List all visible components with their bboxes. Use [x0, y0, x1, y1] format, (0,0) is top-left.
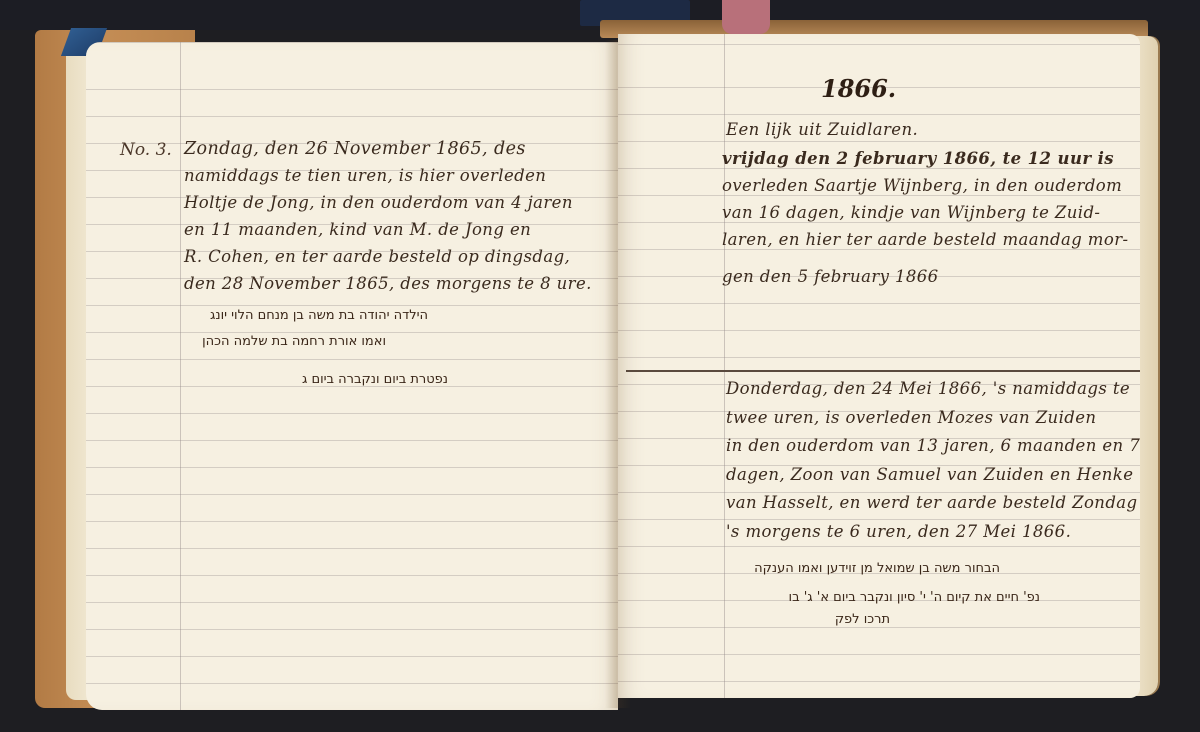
entry-line: in den ouderdom van 13 jaren, 6 maanden …	[726, 436, 1140, 455]
entry-line: dagen, Zoon van Samuel van Zuiden en Hen…	[726, 465, 1133, 484]
hebrew-line: נפטרת ביום ונקברה ביום ג	[302, 372, 448, 387]
margin-line	[724, 34, 725, 698]
right-page: 1866. Een lijk uit Zuidlaren. vrijdag de…	[618, 34, 1140, 698]
year-heading: 1866.	[821, 74, 896, 103]
entry-line: den 28 November 1865, des morgens te 8 u…	[184, 274, 592, 293]
entry-line: vrijdag den 2 february 1866, te 12 uur i…	[722, 149, 1114, 168]
margin-line	[180, 42, 181, 710]
entry-line: Een lijk uit Zuidlaren.	[726, 120, 918, 139]
hebrew-line: נפ' חיים את קיום ה' י' סיון ונקבר ביום א…	[789, 590, 1040, 605]
entry-line: namiddags te tien uren, is hier overlede…	[184, 166, 546, 185]
hebrew-line: הבחור משה בן שמואל מן זוידען ואמו הענקה	[754, 561, 1000, 576]
bookmark-ribbon	[722, 0, 770, 34]
entry-divider	[626, 370, 1140, 372]
entry-line: Holtje de Jong, in den ouderdom van 4 ja…	[184, 193, 573, 212]
hebrew-line: תרכו לפק	[835, 612, 890, 627]
entry-line: twee uren, is overleden Mozes van Zuiden	[726, 408, 1096, 427]
hebrew-line: ואמו אורת רחמה בת שלמה הכהן	[202, 334, 386, 349]
left-page: No. 3. Zondag, den 26 November 1865, des…	[86, 42, 618, 710]
entry-line: Donderdag, den 24 Mei 1866, 's namiddags…	[726, 379, 1130, 398]
entry-line: gen den 5 february 1866	[722, 267, 939, 286]
entry-line: overleden Saartje Wijnberg, in den ouder…	[722, 176, 1122, 195]
entry-line: van Hasselt, en werd ter aarde besteld Z…	[726, 493, 1138, 512]
entry-line: laren, en hier ter aarde besteld maandag…	[722, 230, 1128, 249]
entry-line: Zondag, den 26 November 1865, des	[184, 139, 526, 159]
entry-line: van 16 dagen, kindje van Wijnberg te Zui…	[722, 203, 1100, 222]
entry-number: No. 3.	[120, 140, 172, 160]
hebrew-line: הילדה יהודה בת משה בן מנחם הלוי יונג	[210, 308, 428, 323]
entry-line: en 11 maanden, kind van M. de Jong en	[184, 220, 531, 239]
entry-line: R. Cohen, en ter aarde besteld op dingsd…	[184, 247, 570, 266]
entry-line: 's morgens te 6 uren, den 27 Mei 1866.	[726, 522, 1071, 541]
